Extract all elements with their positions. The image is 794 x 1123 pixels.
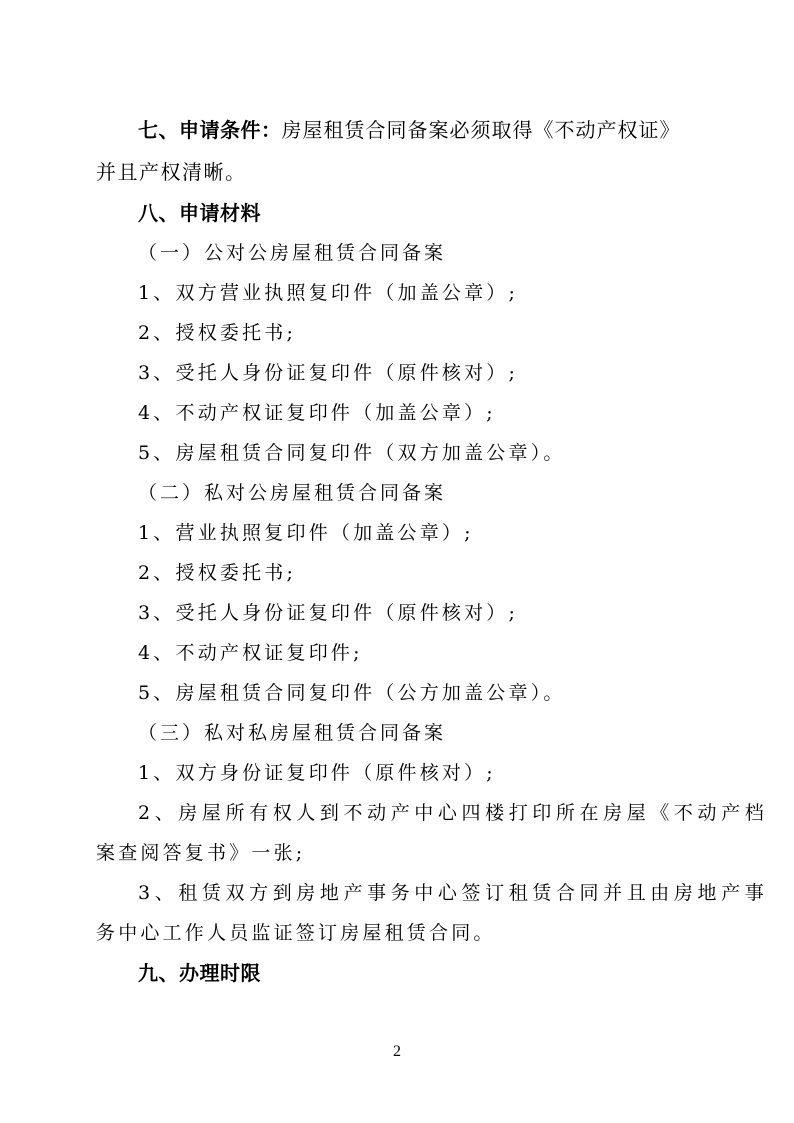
list-item: 2、房屋所有权人到不动产中心四楼打印所在房屋《不动产档: [138, 800, 748, 826]
list-item: 1、双方营业执照复印件（加盖公章）;: [138, 280, 748, 306]
section-8-heading: 八、申请材料: [138, 200, 748, 226]
section-7-heading: 七、申请条件：: [138, 118, 282, 142]
page-number: 2: [0, 1043, 794, 1061]
list-item: 5、房屋租赁合同复印件（公方加盖公章）。: [138, 680, 748, 706]
section-7-line2: 并且产权清晰。: [96, 159, 706, 185]
list-item: 3、受托人身份证复印件（原件核对）;: [138, 360, 748, 386]
list-item: 4、不动产权证复印件（加盖公章）;: [138, 400, 748, 426]
list-item-continuation: 务中心工作人员监证签订房屋租赁合同。: [96, 920, 706, 946]
list-item: 2、授权委托书;: [138, 560, 748, 586]
list-item: 3、受托人身份证复印件（原件核对）;: [138, 600, 748, 626]
list-item: 1、营业执照复印件（加盖公章）;: [138, 520, 748, 546]
section-7-text: 房屋租赁合同备案必须取得《不动产权证》: [282, 118, 681, 142]
list-item: 2、授权委托书;: [138, 320, 748, 346]
section-9-heading: 九、办理时限: [138, 960, 748, 986]
subsection-3-title: （三）私对私房屋租赁合同备案: [138, 720, 748, 746]
subsection-2-title: （二）私对公房屋租赁合同备案: [138, 480, 748, 506]
list-item: 1、双方身份证复印件（原件核对）;: [138, 760, 748, 786]
subsection-1-title: （一）公对公房屋租赁合同备案: [138, 240, 748, 266]
list-item-continuation: 案查阅答复书》一张;: [96, 840, 706, 866]
list-item: 3、租赁双方到房地产事务中心签订租赁合同并且由房地产事: [138, 880, 748, 906]
list-item: 4、不动产权证复印件;: [138, 640, 748, 666]
document-page: 七、申请条件：房屋租赁合同备案必须取得《不动产权证》 并且产权清晰。 八、申请材…: [0, 0, 794, 1123]
list-item: 5、房屋租赁合同复印件（双方加盖公章）。: [138, 440, 748, 466]
section-7-line1: 七、申请条件：房屋租赁合同备案必须取得《不动产权证》: [138, 117, 748, 143]
